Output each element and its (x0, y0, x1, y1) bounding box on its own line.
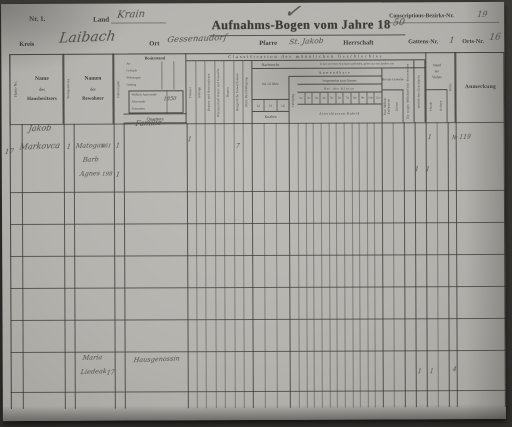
besitz-minicol-line2 (173, 61, 174, 89)
vieh-subcolumns: PferdeOchsen (426, 90, 447, 122)
land-label: Land (93, 16, 109, 24)
age-class-cell: 11te (374, 92, 382, 103)
viehstand-title: Stand des Viehes (426, 52, 447, 90)
resident-2-name: Barb (82, 155, 99, 164)
land-underline (111, 22, 166, 23)
gewerbe-subcolumns: Vom Militär EntlasseneDiener (382, 90, 403, 122)
resident-1-year: 161 (100, 143, 111, 149)
gewerbe-box: Bei der Gewerbe Vom Militär EntlasseneDi… (381, 68, 403, 122)
column-header-militaerpflicht: Die wegen Militärpflicht Abwesenden (403, 60, 414, 122)
age-class-cell: 8te (351, 93, 359, 104)
age-class-cell: 2te (304, 93, 312, 104)
vieh-title-line3: Viehes (432, 75, 442, 79)
occupation-column-label: Bauern (223, 61, 233, 123)
page-title: Aufnahms-Bogen vom Jahre 18 (206, 17, 396, 33)
ageblock-side-label: Jahrgang (288, 77, 297, 123)
kreis-value-handwritten: Laibach (58, 29, 116, 47)
resident-5-name: Liedeak (80, 367, 107, 376)
nachwuchs-bottom: Knaben (253, 112, 289, 122)
besitzstand-box: Besitzstand ArtGebäudeWohnungenGattung W… (123, 53, 186, 123)
table-gridlines (1, 2, 504, 4)
occupation-columns: PriesterAdeligeBeamte und HonoratiorenWi… (1, 2, 504, 4)
herrschaft-label: Herrschaft (343, 39, 373, 46)
age-class-cell: 3te (312, 93, 320, 104)
owner-header-line3: Hausbesitzers (27, 97, 57, 102)
owner-header-line2: des (39, 87, 45, 92)
ort-value-handwritten: Gessenaudorf (167, 33, 228, 45)
ort-label: Ort (149, 40, 159, 47)
pfarre-label: Pfarre (259, 40, 277, 47)
nachwuchs-title: Nachwuchs (252, 61, 288, 69)
column-header-wohnparteien: Wohnparteien (63, 54, 73, 124)
pfarre-value-handwritten: St. Jakob (289, 36, 324, 46)
occupation-column-label: Adelige (195, 61, 204, 123)
occupation-column-label: Priester (186, 61, 195, 123)
bewohner-header-line3: Bewohner (82, 97, 104, 102)
vieh-title-line2: des (435, 69, 439, 73)
count-seven: 7 (235, 143, 240, 150)
nachwuchs-age-cell: 12 (253, 100, 264, 111)
gewerbe-title: Bei der Gewerbe (382, 68, 403, 90)
column-header-haus-nr: Haus-Nr. (9, 54, 21, 124)
resident-3-year: 198 (101, 171, 112, 177)
population-value-handwritten: 1850 (163, 96, 177, 103)
resident-3-name: Agnes (79, 169, 100, 178)
owner-header-line1: Name (35, 76, 49, 82)
column-header-bewohner: Namen der Bewohner (73, 54, 113, 124)
age-class-cells: 1te2te3te4te5te6te7te8te9te10te11te (297, 92, 381, 104)
gewerbe-column-label: Vom Militär Entlassene (382, 90, 392, 122)
column-header-weiblich: Weibliches Geschlecht (414, 60, 425, 122)
column-header-anmerkung: Anmerkung (455, 52, 504, 122)
besitz-minicol-line1 (161, 61, 162, 89)
scanned-census-form: Nr. 1. Land Krain ✓ Aufnahms-Bogen vom J… (0, 0, 512, 427)
age-class-cell: 6te (335, 93, 343, 104)
nachwuchs-age-cell: 13 (264, 100, 276, 111)
vieh-title-line1: Stand (433, 63, 441, 67)
gattens-label: Gattens-Nr. (408, 39, 438, 45)
gewerbe-column-label: Diener (392, 90, 403, 122)
conscription-district-value: 19 (477, 10, 488, 19)
resident-5-number: 17 (106, 369, 115, 376)
nachwuchs-box: Nachwuchs bis 14 Jahre 121314 Knaben (251, 61, 288, 123)
kreis-label: Kreis (19, 41, 34, 48)
nachwuchs-age-cell: 14 (276, 100, 288, 111)
occupation-column-label: Beamte und Honoratioren (204, 61, 214, 123)
gattens-value-handwritten: 1 (449, 36, 455, 45)
besitzstand-title: Besitzstand (123, 54, 186, 60)
house-number-handwritten: 17 (4, 148, 14, 156)
conscription-underline (389, 22, 499, 23)
age-class-cell: 7te (343, 93, 351, 104)
resident-4-name: Maria (82, 353, 103, 362)
owner-name-line2: Markovca (19, 141, 60, 152)
form-number: Nr. 1. (29, 15, 45, 23)
age-class-cell: 9te (358, 93, 366, 104)
age-class-cell: 4te (320, 93, 328, 104)
nachwuchs-note: bis 14 Jahre (252, 69, 288, 99)
occupation-column-label: Bürgerliche Gewerbsleute (233, 61, 242, 123)
remark-handwritten: № 119 (451, 134, 471, 142)
orts-label: Orts-Nr. (462, 39, 484, 45)
orts-value-handwritten: 16 (489, 33, 502, 44)
column-header-geburtsjahr: Geburtsjahr (113, 54, 123, 124)
ageblock-bottom: Altersklassen-Rubrik (298, 104, 382, 122)
column-header-owner: Name des Hausbesitzers (21, 54, 63, 124)
besitzstand-rows: ArtGebäudeWohnungenGattung (126, 61, 183, 89)
family-note-handwritten: Familie (135, 119, 162, 128)
age-class-cell: 5te (327, 93, 335, 104)
row7-mark-3: 4 (452, 366, 457, 373)
vieh-column-label: Pferde (426, 90, 436, 122)
occupation-column-label: Wissenschaft Kunst und Gewerbe (214, 61, 223, 123)
conscription-district-label: Conscriptions-Bezirks-Nr. (389, 13, 454, 19)
owner-name-line1: Jakob (28, 123, 52, 133)
paper-sheet: Nr. 1. Land Krain ✓ Aufnahms-Bogen vom J… (1, 2, 506, 421)
age-class-cell: 10te (366, 92, 374, 103)
land-value-handwritten: Krain (116, 9, 145, 21)
vieh-column-label: Ochsen (436, 90, 447, 122)
nachwuchs-age-cells: 121314 (253, 99, 289, 112)
bewohner-header-line1: Namen (84, 76, 101, 82)
occupation-column-label: Ohne Beschäftigung (242, 61, 251, 123)
viehstand-box: Stand des Viehes PferdeOchsen (425, 52, 447, 122)
bewohner-header-line2: der (90, 87, 96, 92)
besitzstand-row: Gattung (126, 82, 183, 89)
